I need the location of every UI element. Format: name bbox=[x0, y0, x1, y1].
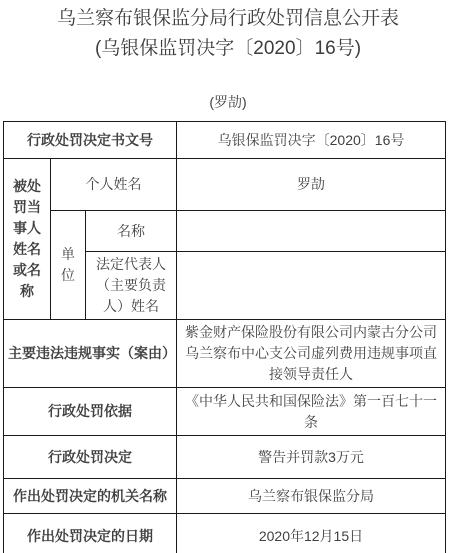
table-row: 行政处罚依据 《中华人民共和国保险法》第一百七十一条 bbox=[4, 388, 446, 436]
basis-label: 行政处罚依据 bbox=[4, 388, 177, 436]
facts-value: 紫金财产保险股份有限公司内蒙古分公司乌兰察布中心支公司虚列费用违规事项直接领导责… bbox=[177, 320, 446, 388]
party-name-subtitle: (罗劼) bbox=[0, 92, 456, 112]
table-row: 被处罚当事人姓名或名称 个人姓名 罗劼 bbox=[4, 159, 446, 211]
facts-label: 主要违法违规事实（案由） bbox=[4, 320, 177, 388]
doc-number-value: 乌银保监罚决字〔2020〕16号 bbox=[177, 122, 446, 159]
decision-label: 行政处罚决定 bbox=[4, 436, 177, 479]
basis-value: 《中华人民共和国保险法》第一百七十一条 bbox=[177, 388, 446, 436]
page-title: 乌兰察布银保监分局行政处罚信息公开表 (乌银保监罚决字〔2020〕16号) bbox=[0, 0, 456, 64]
table-row: 作出处罚决定的机关名称 乌兰察布银保监分局 bbox=[4, 479, 446, 514]
individual-name-label: 个人姓名 bbox=[51, 159, 177, 211]
table-row: 主要违法违规事实（案由） 紫金财产保险股份有限公司内蒙古分公司乌兰察布中心支公司… bbox=[4, 320, 446, 388]
authority-label: 作出处罚决定的机关名称 bbox=[4, 479, 177, 514]
decision-value: 警告并罚款3万元 bbox=[177, 436, 446, 479]
party-group-label: 被处罚当事人姓名或名称 bbox=[4, 159, 51, 320]
date-value: 2020年12月15日 bbox=[177, 514, 446, 553]
unit-label: 单位 bbox=[51, 211, 86, 320]
doc-number-label: 行政处罚决定书文号 bbox=[4, 122, 177, 159]
table-row: 单位 名称 bbox=[4, 211, 446, 252]
legal-rep-label: 法定代表人（主要负责人）姓名 bbox=[86, 252, 177, 320]
table-row: 行政处罚决定 警告并罚款3万元 bbox=[4, 436, 446, 479]
penalty-info-table: 行政处罚决定书文号 乌银保监罚决字〔2020〕16号 被处罚当事人姓名或名称 个… bbox=[3, 121, 446, 553]
page-title-line2: (乌银保监罚决字〔2020〕16号) bbox=[0, 34, 456, 64]
individual-name-value: 罗劼 bbox=[177, 159, 446, 211]
page-title-line1: 乌兰察布银保监分局行政处罚信息公开表 bbox=[0, 4, 456, 34]
unit-name-value bbox=[177, 211, 446, 252]
unit-name-label: 名称 bbox=[86, 211, 177, 252]
table-row: 作出处罚决定的日期 2020年12月15日 bbox=[4, 514, 446, 553]
table-row: 行政处罚决定书文号 乌银保监罚决字〔2020〕16号 bbox=[4, 122, 446, 159]
legal-rep-value bbox=[177, 252, 446, 320]
authority-value: 乌兰察布银保监分局 bbox=[177, 479, 446, 514]
date-label: 作出处罚决定的日期 bbox=[4, 514, 177, 553]
